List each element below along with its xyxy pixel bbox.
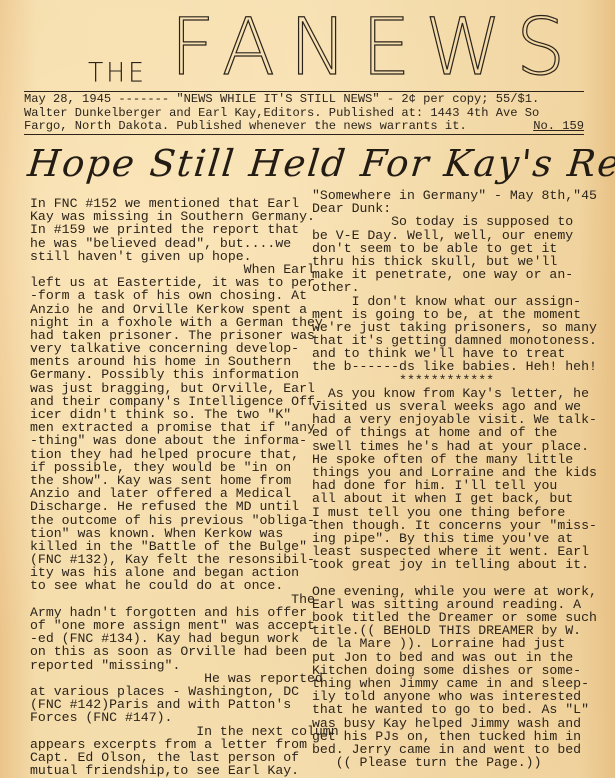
text-line: tion they had helped procure that, bbox=[30, 448, 339, 461]
text-line: the outcome of his previous "obliga- bbox=[30, 514, 339, 527]
text-line: In the next column bbox=[30, 725, 339, 738]
text-line: I must tell you one thing before bbox=[312, 506, 597, 519]
text-line: be V-E Day. Well, well, our enemy bbox=[312, 229, 597, 242]
text-line: that he wanted to go to bed. As "L" bbox=[312, 703, 597, 716]
text-line: Forces (FNC #147). bbox=[30, 711, 339, 724]
info-line-editors: Walter Dunkelberger and Earl Kay,Editors… bbox=[24, 107, 584, 121]
text-line: get his PJs on, then tucked him in bbox=[312, 730, 597, 743]
text-line: ed of things at home and of the bbox=[312, 426, 597, 439]
text-line: So today is supposed to bbox=[312, 215, 597, 228]
text-line: de la Mare )). Lorraine had just bbox=[312, 637, 597, 650]
location-line: Fargo, North Dakota. Published whenever … bbox=[24, 120, 467, 134]
text-line: tion" was known. When Kerkow was bbox=[30, 527, 339, 540]
text-line: The bbox=[30, 593, 339, 606]
text-line: He spoke often of the many little bbox=[312, 453, 597, 466]
text-line: reported "missing". bbox=[30, 659, 339, 672]
text-line: swell times he's had at your place. bbox=[312, 440, 597, 453]
info-line-location: Fargo, North Dakota. Published whenever … bbox=[24, 120, 584, 134]
text-line: night in a foxhole with a German they bbox=[30, 316, 339, 329]
info-line-date: May 28, 1945 ------- "NEWS WHILE IT'S ST… bbox=[24, 93, 584, 107]
text-line: was busy Kay helped Jimmy wash and bbox=[312, 717, 597, 730]
text-line: ************ bbox=[312, 374, 597, 387]
publication-info: May 28, 1945 ------- "NEWS WHILE IT'S ST… bbox=[24, 91, 584, 135]
text-line: other. bbox=[312, 281, 597, 294]
date-price-line: May 28, 1945 ------- "NEWS WHILE IT'S ST… bbox=[24, 93, 539, 107]
text-line: In #159 we printed the report that bbox=[30, 223, 339, 236]
masthead-title: FANEWS bbox=[170, 8, 579, 88]
text-line: was just bragging, but Orville, Earl bbox=[30, 382, 339, 395]
text-line: took great joy in telling about it. bbox=[312, 558, 597, 571]
text-line: (( Please turn the Page.)) bbox=[312, 756, 597, 769]
article-headline: Hope Still Held For Kay's Return bbox=[26, 142, 601, 185]
text-line: put Jon to bed and was out in the bbox=[312, 651, 597, 664]
text-line: ment is going to be, at the moment bbox=[312, 308, 597, 321]
text-line: the b------ds like babies. Heh! heh! bbox=[312, 360, 597, 373]
text-line: appears excerpts from a letter from bbox=[30, 738, 339, 751]
masthead: THE FANEWS bbox=[0, 0, 615, 86]
newsletter-page: THE FANEWS May 28, 1945 ------- "NEWS WH… bbox=[0, 0, 615, 778]
text-line: Anzio he and Orville Kerkow spent a bbox=[30, 303, 339, 316]
text-line: -form a task of his own chosing. At bbox=[30, 289, 339, 302]
text-line: all about it when I get back, but bbox=[312, 492, 597, 505]
text-line: Germany. Possibly this information bbox=[30, 368, 339, 381]
text-line bbox=[312, 571, 597, 584]
right-column: "Somewhere in Germany" - May 8th,"45Dear… bbox=[312, 189, 597, 769]
text-line: -thing" was done about the informa- bbox=[30, 434, 339, 447]
left-column: In FNC #152 we mentioned that EarlKay wa… bbox=[30, 197, 339, 777]
text-line: if possible, they would be "in on bbox=[30, 461, 339, 474]
text-line: Kitchen doing some dishes or some- bbox=[312, 664, 597, 677]
text-line: to see what he could do at once. bbox=[30, 579, 339, 592]
editors-line: Walter Dunkelberger and Earl Kay,Editors… bbox=[24, 107, 539, 121]
text-line: Discharge. He refused the MD until bbox=[30, 500, 339, 513]
text-line: One evening, while you were at work, bbox=[312, 585, 597, 598]
text-line: mutual friendship,to see Earl Kay. bbox=[30, 764, 339, 777]
masthead-the: THE bbox=[88, 57, 147, 87]
text-line: he was "believed dead", but....we bbox=[30, 237, 339, 250]
text-line: on this as soon as Orville had been bbox=[30, 645, 339, 658]
text-line: then though. It concerns your "miss- bbox=[312, 519, 597, 532]
text-line: still haven't given up hope. bbox=[30, 250, 339, 263]
text-line: He was reported bbox=[30, 672, 339, 685]
issue-number: No. 159 bbox=[533, 120, 584, 134]
text-line: I don't know what our assign- bbox=[312, 295, 597, 308]
text-line: don't seem to be able to get it bbox=[312, 242, 597, 255]
